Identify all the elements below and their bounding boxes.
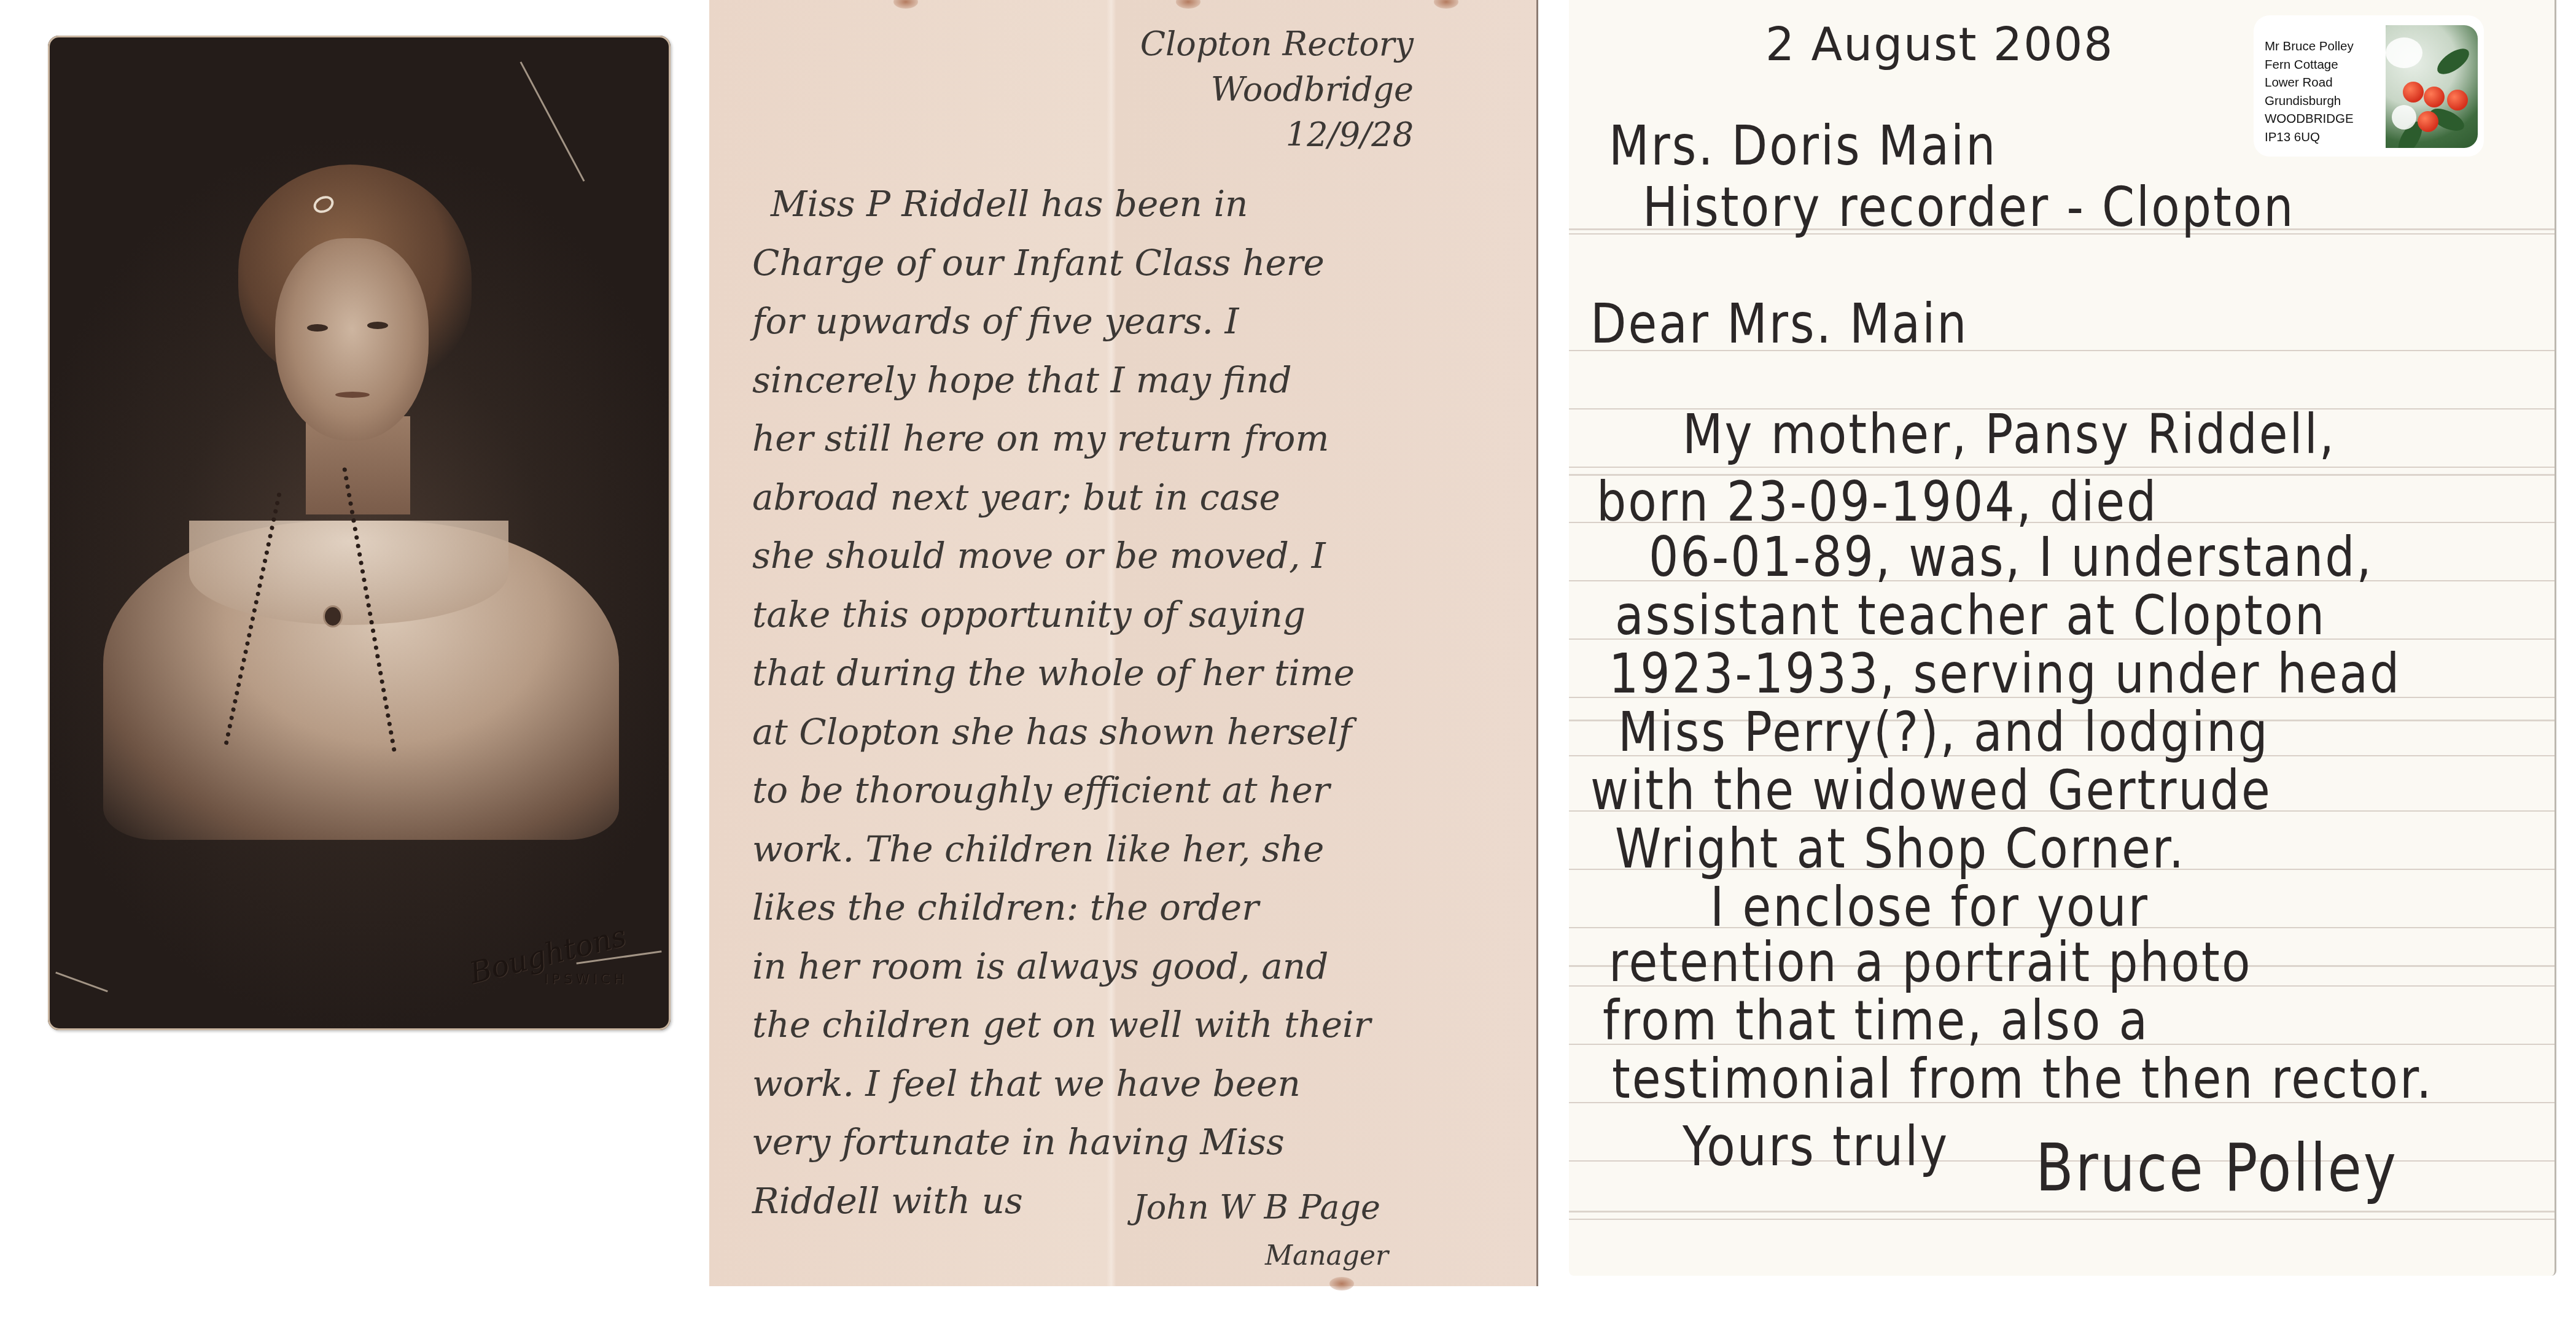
body-line: Wright at Shop Corner. (1615, 816, 2185, 880)
portrait-photograph: Boughtons IPSWICH (48, 36, 671, 1030)
body-line: that during the whole of her time (752, 644, 1508, 703)
reply-letter: 2 August 2008 Mr Bruce Polley Fern Cotta… (1569, 0, 2556, 1276)
body-line: 06-01-89, was, I understand, (1649, 524, 2373, 589)
portrait-image (48, 36, 671, 1030)
body-line: work. The children like her, she (752, 820, 1508, 879)
address-line: Mr Bruce Polley (2265, 37, 2354, 56)
body-line: very fortunate in having Miss (752, 1113, 1508, 1172)
body-line: Riddell with us (752, 1172, 1508, 1231)
body-line: for upwards of five years. I (752, 292, 1508, 351)
face (275, 238, 429, 441)
leaf-shape (2433, 44, 2473, 79)
address-line: Grundisburgh (2265, 92, 2354, 111)
stain (1329, 1277, 1354, 1290)
testimonial-letter: Clopton Rectory Woodbridge 12/9/28 Miss … (709, 0, 1538, 1286)
body-line: 1923-1933, serving under head (1609, 641, 2401, 705)
berry-shape (2447, 90, 2468, 111)
berry-shape (2418, 111, 2438, 132)
address-line: Fern Cottage (2265, 56, 2354, 74)
body-line: with the widowed Gertrude (1590, 758, 2272, 822)
address-line: Lower Road (2265, 74, 2354, 92)
body-line: her still here on my return from (752, 409, 1508, 468)
body-line: Miss Perry(?), and lodging (1618, 699, 2270, 764)
body-line: Charge of our Infant Class here (752, 234, 1508, 293)
berry-shape (2403, 82, 2424, 103)
sender-address-line1: Clopton Rectory (1140, 21, 1414, 67)
body-line: from that time, also a (1603, 988, 2149, 1052)
body-line: take this opportunity of saying (752, 586, 1508, 645)
snow-shape (2386, 37, 2422, 68)
stain (1434, 0, 1458, 9)
signature-title: Manager (1265, 1240, 1388, 1271)
left-eye (307, 324, 328, 332)
holly-berries-icon (2386, 25, 2478, 148)
ruled-line (1569, 467, 2555, 468)
body-line: My mother, Pansy Riddell, (1683, 402, 2336, 466)
body-line: to be thoroughly efficient at her (752, 761, 1508, 820)
body-line: she should move or be moved, I (752, 527, 1508, 586)
body-line: testimonial from the then rector. (1612, 1046, 2434, 1111)
address-lines: Mr Bruce Polley Fern Cottage Lower Road … (2265, 37, 2354, 146)
right-eye (367, 322, 388, 329)
body-line: retention a portrait photo (1609, 929, 2252, 994)
address-line: IP13 6UQ (2265, 128, 2354, 147)
recipient-name: Mrs. Doris Main (1609, 113, 1997, 177)
berry-shape (2424, 87, 2445, 107)
body-line: likes the children: the order (752, 879, 1508, 937)
body-line: in her room is always good, and (752, 937, 1508, 996)
body-line: Miss P Riddell has been in (752, 175, 1508, 234)
signature: Bruce Polley (2036, 1130, 2398, 1206)
salutation: Dear Mrs. Main (1590, 291, 1968, 355)
letter-date: 12/9/28 (1140, 112, 1414, 158)
body-line: assistant teacher at Clopton (1615, 583, 2326, 647)
recipient-role: History recorder - Clopton (1643, 174, 2295, 239)
body-line: abroad next year; but in case (752, 468, 1508, 527)
snow-shape (2392, 105, 2416, 130)
ruffled-collar (189, 521, 508, 625)
body-line: work. I feel that we have been (752, 1055, 1508, 1114)
body-line: sincerely hope that I may find (752, 351, 1508, 410)
letter-date: 2 August 2008 (1765, 18, 2114, 71)
studio-embossed-mark: Boughtons IPSWICH (468, 937, 628, 987)
stain (893, 0, 918, 9)
sender-address-line2: Woodbridge (1140, 67, 1414, 112)
studio-town: IPSWICH (544, 972, 628, 987)
signature: John W B Page (1133, 1188, 1380, 1227)
body-line: the children get on well with their (752, 996, 1508, 1055)
closing: Yours truly (1683, 1114, 1949, 1178)
sender-address-label: Mr Bruce Polley Fern Cottage Lower Road … (2254, 15, 2484, 157)
address-line: WOODBRIDGE (2265, 110, 2354, 128)
brooch (323, 605, 343, 627)
stain (1176, 0, 1200, 9)
ruled-line (1569, 1219, 2555, 1220)
body-line: at Clopton she has shown herself (752, 703, 1508, 762)
letter-header: Clopton Rectory Woodbridge 12/9/28 (1140, 21, 1414, 158)
mouth (335, 392, 370, 398)
letter-body: Miss P Riddell has been in Charge of our… (752, 175, 1508, 1230)
